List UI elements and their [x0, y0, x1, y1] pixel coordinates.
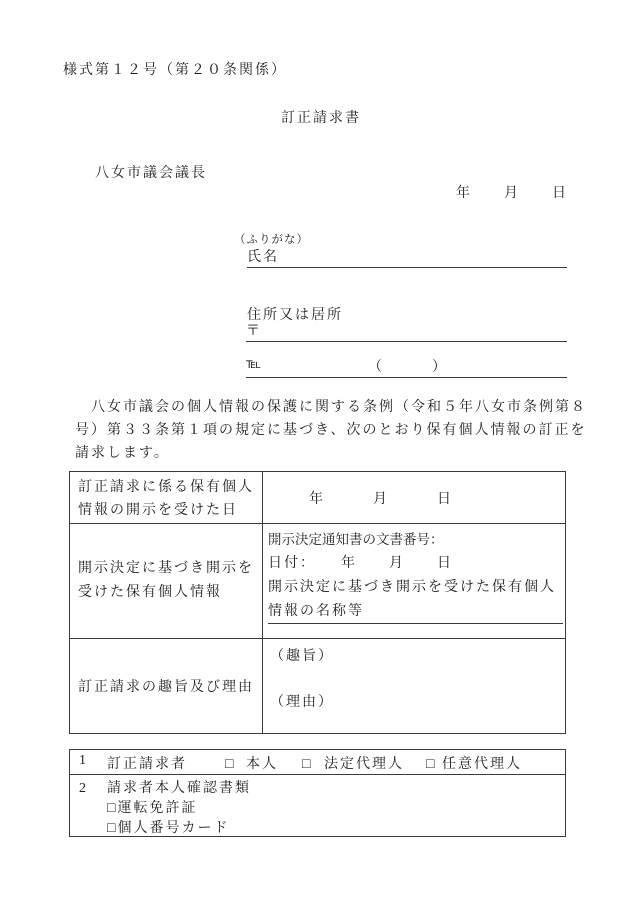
item-mynumber-card-label: 個人番号カード — [117, 821, 229, 836]
disclosure-date-placeholder: 年 月 日 — [309, 488, 453, 508]
checkbox-drivers-license[interactable]: □ — [107, 801, 117, 816]
applicant-type-table: 1 訂正請求者 □ 本人 □ 法定代理人 □ 任意代理人 2 請求者本人確認書類… — [69, 749, 566, 837]
header-line: 訂正請求の趣旨及び理由 — [78, 676, 254, 696]
checkbox-voluntary-representative[interactable]: □ — [426, 757, 436, 772]
reason-label: （理由） — [270, 691, 565, 714]
option-principal: □ 本人 — [225, 753, 278, 773]
header-line: 受けた保有個人情報 — [78, 581, 262, 605]
row-number: 1 — [79, 753, 88, 769]
blank-writing-space[interactable] — [270, 668, 565, 691]
header-line: 訂正請求に係る保有個人 — [78, 476, 262, 499]
tel-field[interactable]: ℡ （ ） — [246, 356, 567, 378]
main-table: 訂正請求に係る保有個人 情報の開示を受けた日 年 月 日 開示決定に基づき開示を… — [69, 471, 566, 734]
row-number: 2 — [79, 779, 88, 799]
checkbox-principal[interactable]: □ — [225, 757, 235, 772]
tel-area-code-parens: （ ） — [368, 356, 448, 376]
name-label: 氏名 — [247, 250, 279, 265]
doc-date-field[interactable]: 日付： 年 月 日 — [268, 552, 565, 576]
name-field[interactable]: 氏名 — [247, 246, 567, 268]
form-number: 様式第１２号（第２０条関係） — [63, 59, 287, 79]
header-line: 開示決定に基づき開示を — [78, 557, 262, 581]
postal-mark-icon: 〒 — [246, 324, 262, 339]
option-legal-representative-label: 法定代理人 — [324, 757, 404, 772]
option-voluntary-representative: □ 任意代理人 — [426, 753, 522, 773]
identity-documents-label: 請求者本人確認書類 — [70, 779, 565, 799]
body-line: 八女市議会の個人情報の保護に関する条例（令和５年八女市条例第８ — [75, 396, 587, 419]
furigana-label: （ふりがな） — [234, 231, 309, 247]
row-header-disclosure-date: 訂正請求に係る保有個人 情報の開示を受けた日 — [70, 472, 263, 523]
item-drivers-license-label: 運転免許証 — [117, 801, 197, 816]
checkbox-mynumber-card[interactable]: □ — [107, 821, 117, 836]
date-field[interactable]: 年 月 日 — [456, 182, 568, 202]
item-drivers-license: □運転免許証 — [70, 799, 565, 819]
option-voluntary-representative-label: 任意代理人 — [442, 757, 522, 772]
table-row-purport-reason: 訂正請求の趣旨及び理由 （趣旨） （理由） — [70, 638, 565, 733]
option-principal-label: 本人 — [246, 757, 278, 772]
addressee: 八女市議会議長 — [95, 162, 207, 182]
table-row-requester-type: 1 訂正請求者 □ 本人 □ 法定代理人 □ 任意代理人 — [70, 750, 565, 775]
row-header-purport-reason: 訂正請求の趣旨及び理由 — [70, 639, 263, 733]
body-line: 請求します。 — [75, 442, 587, 465]
info-name-label-line: 情報の名称等 — [268, 600, 565, 624]
requester-type-label: 訂正請求者 — [107, 753, 187, 773]
disclosure-date-field[interactable]: 年 月 日 — [263, 472, 565, 523]
info-name-label-line: 開示決定に基づき開示を受けた保有個人 — [268, 576, 565, 600]
page-title: 訂正請求書 — [281, 107, 361, 127]
postal-code-field[interactable]: 〒 — [246, 320, 567, 342]
header-line: 情報の開示を受けた日 — [78, 499, 262, 522]
table-row-identity-documents: 2 請求者本人確認書類 □運転免許証 □個人番号カード — [70, 775, 565, 836]
tel-label: ℡ — [246, 357, 263, 372]
checkbox-legal-representative[interactable]: □ — [302, 757, 312, 772]
body-paragraph: 八女市議会の個人情報の保護に関する条例（令和５年八女市条例第８ 号）第３３条第１… — [75, 396, 587, 465]
info-name-input-line[interactable] — [268, 623, 563, 624]
table-row-disclosed-info: 開示決定に基づき開示を 受けた保有個人情報 開示決定通知書の文書番号： 日付： … — [70, 523, 565, 638]
correction-request-form: 様式第１２号（第２０条関係） 訂正請求書 八女市議会議長 年 月 日 （ふりがな… — [0, 0, 630, 903]
option-legal-representative: □ 法定代理人 — [302, 753, 404, 773]
disclosed-info-cell: 開示決定通知書の文書番号： 日付： 年 月 日 開示決定に基づき開示を受けた保有… — [263, 524, 565, 638]
table-row-disclosure-date: 訂正請求に係る保有個人 情報の開示を受けた日 年 月 日 — [70, 472, 565, 523]
doc-number-field[interactable]: 開示決定通知書の文書番号： — [268, 528, 565, 552]
body-line: 号）第３３条第１項の規定に基づき、次のとおり保有個人情報の訂正を — [75, 419, 587, 442]
item-mynumber-card: □個人番号カード — [70, 819, 565, 839]
row-header-disclosed-info: 開示決定に基づき開示を 受けた保有個人情報 — [70, 524, 263, 638]
purport-label: （趣旨） — [270, 645, 565, 668]
purport-reason-field[interactable]: （趣旨） （理由） — [263, 639, 565, 733]
